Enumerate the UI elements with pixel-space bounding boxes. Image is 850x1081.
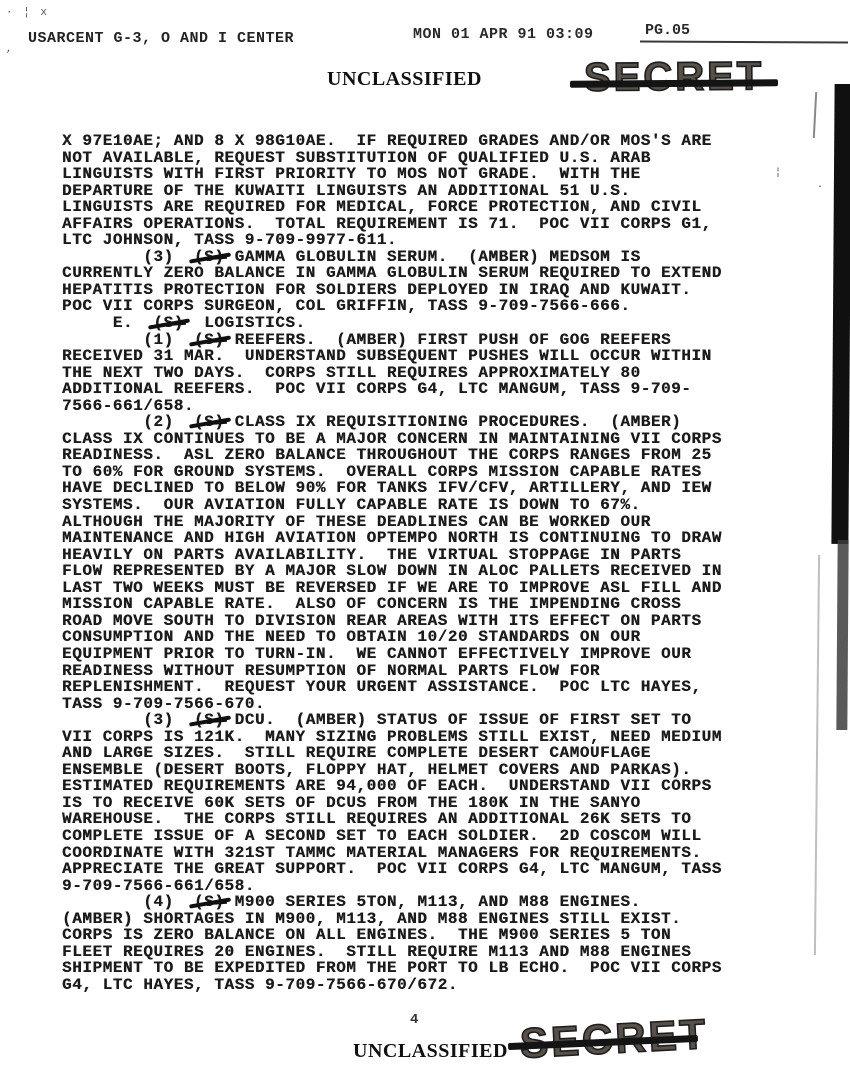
- scanned-document-page: · ¦ x USARCENT G-3, O AND I CENTER MON 0…: [0, 0, 850, 1081]
- document-line: POC VII CORPS SURGEON, COL GRIFFIN, TASS…: [62, 298, 722, 315]
- document-line: READINESS WITHOUT RESUMPTION OF NORMAL P…: [62, 663, 722, 680]
- document-line: LTC JOHNSON, TASS 9-709-9977-611.: [62, 232, 722, 249]
- document-line: LINGUISTS WITH FIRST PRIORITY TO MOS NOT…: [62, 166, 722, 183]
- document-line: VII CORPS IS 121K. MANY SIZING PROBLEMS …: [62, 729, 722, 746]
- scan-edge-squiggle: [813, 92, 817, 138]
- document-line: SYSTEMS. OUR AVIATION FULLY CAPABLE RATE…: [62, 497, 722, 514]
- document-line: CLASS IX CONTINUES TO BE A MAJOR CONCERN…: [62, 431, 722, 448]
- document-line: (3) (S) GAMMA GLOBULIN SERUM. (AMBER) ME…: [62, 249, 722, 266]
- document-line: HEPATITIS PROTECTION FOR SOLDIERS DEPLOY…: [62, 282, 722, 299]
- struck-classification-marker: (S): [194, 249, 224, 266]
- document-line: ENSEMBLE (DESERT BOOTS, FLOPPY HAT, HELM…: [62, 762, 722, 779]
- document-line: COORDINATE WITH 321ST TAMMC MATERIAL MAN…: [62, 845, 722, 862]
- document-line: (AMBER) SHORTAGES IN M900, M113, AND M88…: [62, 911, 722, 928]
- document-line: (2) (S) CLASS IX REQUISITIONING PROCEDUR…: [62, 414, 722, 431]
- document-line: AFFAIRS OPERATIONS. TOTAL REQUIREMENT IS…: [62, 216, 722, 233]
- document-line: LINGUISTS ARE REQUIRED FOR MEDICAL, FORC…: [62, 199, 722, 216]
- secret-stamp-top-strike-line: [570, 79, 778, 87]
- classification-banner-bottom: UNCLASSIFIED: [353, 1040, 508, 1063]
- document-line: ROAD MOVE SOUTH TO DIVISION REAR AREAS W…: [62, 613, 722, 630]
- document-line: REPLENISHMENT. REQUEST YOUR URGENT ASSIS…: [62, 679, 722, 696]
- scan-edge-faint-line: [814, 555, 820, 955]
- document-line: X 97E10AE; AND 8 X 98G10AE. IF REQUIRED …: [62, 133, 722, 150]
- document-line: TO 60% FOR GROUND SYSTEMS. OVERALL CORPS…: [62, 464, 722, 481]
- document-line: FLEET REQUIRES 20 ENGINES. STILL REQUIRE…: [62, 944, 722, 961]
- document-line: ALTHOUGH THE MAJORITY OF THESE DEADLINES…: [62, 514, 722, 531]
- document-line: HEAVILY ON PARTS AVAILABILITY. THE VIRTU…: [62, 547, 722, 564]
- struck-classification-marker: (S): [194, 332, 224, 349]
- document-line: COMPLETE ISSUE OF A SECOND SET TO EACH S…: [62, 828, 722, 845]
- struck-classification-marker: (S): [194, 712, 224, 729]
- document-line: 9-709-7566-661/658.: [62, 878, 722, 895]
- document-line: SHIPMENT TO BE EXPEDITED FROM THE PORT T…: [62, 960, 722, 977]
- document-line: MISSION CAPABLE RATE. ALSO OF CONCERN IS…: [62, 596, 722, 613]
- scan-edge-black-bar: [831, 84, 850, 544]
- document-line: DEPARTURE OF THE KUWAITI LINGUISTS AN AD…: [62, 183, 722, 200]
- scan-speck: ·: [817, 182, 823, 193]
- document-line: CONSUMPTION AND THE NEED TO OBTAIN 10/20…: [62, 629, 722, 646]
- struck-classification-marker: (S): [153, 315, 183, 332]
- document-line: (3) (S) DCU. (AMBER) STATUS OF ISSUE OF …: [62, 712, 722, 729]
- scan-corner-marks: · ¦ x: [6, 8, 49, 18]
- document-line: READINESS. ASL ZERO BALANCE THROUGHOUT T…: [62, 447, 722, 464]
- document-line: IS TO RECEIVE 60K SETS OF DCUS FROM THE …: [62, 795, 722, 812]
- document-body: X 97E10AE; AND 8 X 98G10AE. IF REQUIRED …: [62, 133, 722, 993]
- classification-banner-top: UNCLASSIFIED: [327, 68, 482, 91]
- document-line: TASS 9-709-7566-670.: [62, 696, 722, 713]
- document-line: (1) (S) REEFERS. (AMBER) FIRST PUSH OF G…: [62, 332, 722, 349]
- footer-page-number: 4: [410, 1012, 418, 1028]
- header-timestamp: MON 01 APR 91 03:09: [413, 26, 594, 43]
- document-line: APPRECIATE THE GREAT SUPPORT. POC VII CO…: [62, 861, 722, 878]
- document-line: ADDITIONAL REEFERS. POC VII CORPS G4, LT…: [62, 381, 722, 398]
- scan-speck: ¦: [775, 168, 781, 179]
- document-line: LAST TWO WEEKS MUST BE REVERSED IF WE AR…: [62, 580, 722, 597]
- document-line: AND LARGE SIZES. STILL REQUIRE COMPLETE …: [62, 745, 722, 762]
- document-line: MAINTENANCE AND HIGH AVIATION OPTEMPO NO…: [62, 530, 722, 547]
- header-rule-line: [640, 40, 848, 43]
- document-line: 7566-661/658.: [62, 398, 722, 415]
- document-line: ESTIMATED REQUIREMENTS ARE 94,000 OF EAC…: [62, 778, 722, 795]
- header-station-id: USARCENT G-3, O AND I CENTER: [28, 30, 294, 47]
- struck-classification-marker: (S): [194, 894, 224, 911]
- document-line: HAVE DECLINED TO BELOW 90% FOR TANKS IFV…: [62, 480, 722, 497]
- document-line: (4) (S) M900 SERIES 5TON, M113, AND M88 …: [62, 894, 722, 911]
- struck-classification-marker: (S): [194, 414, 224, 431]
- document-line: FLOW REPRESENTED BY A MAJOR SLOW DOWN IN…: [62, 563, 722, 580]
- document-line: RECEIVED 31 MAR. UNDERSTAND SUBSEQUENT P…: [62, 348, 722, 365]
- document-line: EQUIPMENT PRIOR TO TURN-IN. WE CANNOT EF…: [62, 646, 722, 663]
- document-line: THE NEXT TWO DAYS. CORPS STILL REQUIRES …: [62, 365, 722, 382]
- document-line: NOT AVAILABLE, REQUEST SUBSTITUTION OF Q…: [62, 150, 722, 167]
- document-line: G4, LTC HAYES, TASS 9-709-7566-670/672.: [62, 977, 722, 994]
- scan-edge-gray-bar: [836, 540, 848, 730]
- document-line: CORPS IS ZERO BALANCE ON ALL ENGINES. TH…: [62, 927, 722, 944]
- document-line: CURRENTLY ZERO BALANCE IN GAMMA GLOBULIN…: [62, 265, 722, 282]
- document-line: E. (S) LOGISTICS.: [62, 315, 722, 332]
- document-line: WAREHOUSE. THE CORPS STILL REQUIRES AN A…: [62, 811, 722, 828]
- secret-stamp-top: SECRET: [584, 54, 765, 101]
- header-page-label: PG.05: [645, 22, 690, 39]
- scan-speck: ,: [6, 44, 12, 55]
